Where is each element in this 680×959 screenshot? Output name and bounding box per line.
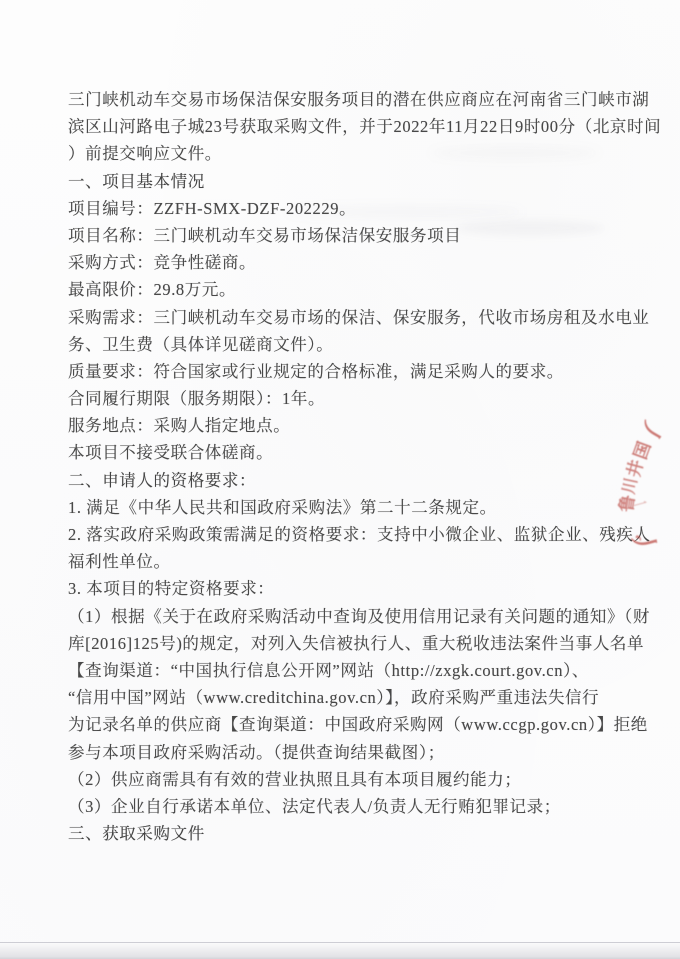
text-line: 务、卫生费（具体详见磋商文件）。 [68,331,620,358]
text-line: 库[2016]125号)的规定，对列入失信被执行人、重大税收违法案件当事人名单 [68,630,620,657]
document-body: 三门峡机动车交易市场保洁保安服务项目的潜在供应商应在河南省三门峡市湖滨区山河路电… [68,86,620,847]
section-heading-line: 三、获取采购文件 [68,820,620,847]
text-line: （2）供应商需具有有效的营业执照且具有本项目履约能力； [68,766,620,793]
text-line: 2. 落实政府采购政策需满足的资格要求：支持中小微企业、监狱企业、残疾人 [68,521,620,548]
text-line: 质量要求：符合国家或行业规定的合格标准，满足采购人的要求。 [68,358,620,385]
text-line: 本项目不接受联合体磋商。 [68,439,620,466]
text-line: 福利性单位。 [68,548,620,575]
text-line: （3）企业自行承诺本单位、法定代表人/负责人无行贿犯罪记录； [68,793,620,820]
seal-glyph: 一 [632,498,649,515]
text-line: 【查询渠道：“中国执行信息公开网”网站（http://zxgk.court.go… [68,657,620,684]
text-line: 项目名称：三门峡机动车交易市场保洁保安服务项目 [68,222,620,249]
page-bottom-edge [0,942,680,959]
seal-glyph: 国 [632,440,654,462]
text-line: 三门峡机动车交易市场保洁保安服务项目的潜在供应商应在河南省三门峡市湖 [68,86,620,113]
section-heading-line: 一、项目基本情况 [68,168,620,195]
text-line: 合同履行期限（服务期限）：1年。 [68,385,620,412]
text-line: 采购需求：三门峡机动车交易市场的保洁、保安服务，代收市场房租及水电业 [68,304,620,331]
seal-glyph: 川 [622,477,641,496]
text-line: 3. 本项目的特定资格要求： [68,575,620,602]
text-line: 为记录名单的供应商【查询渠道：中国政府采购网（www.ccgp.gov.cn）】… [68,711,620,738]
text-line: 最高限价：29.8万元。 [68,276,620,303]
text-line: 参与本项目政府采购活动。（提供查询结果截图）； [68,739,620,766]
scanned-page: 三门峡机动车交易市场保洁保安服务项目的潜在供应商应在河南省三门峡市湖滨区山河路电… [0,0,680,959]
text-line: “信用中国”网站（www.creditchina.gov.cn）】，政府采购严重… [68,684,620,711]
text-line: （1）根据《关于在政府采购活动中查询及使用信用记录有关问题的通知》（财 [68,603,620,630]
text-line: 1. 满足《中华人民共和国政府采购法》第二十二条规定。 [68,494,620,521]
section-heading-line: 二、申请人的资格要求： [68,467,620,494]
seal-glyph: 鲁 [618,494,637,513]
text-line: 滨区山河路电子城23号获取采购文件，并于2022年11月22日9时00分（北京时… [68,113,620,140]
seal-glyph: 丿 [634,414,667,447]
text-line: 项目编号：ZZFH-SMX-DZF-202229。 [68,195,620,222]
text-line: ）前提交响应文件。 [68,140,620,167]
seal-glyph: 井 [625,458,646,479]
text-line: 服务地点：采购人指定地点。 [68,412,620,439]
text-line: 采购方式：竞争性磋商。 [68,249,620,276]
